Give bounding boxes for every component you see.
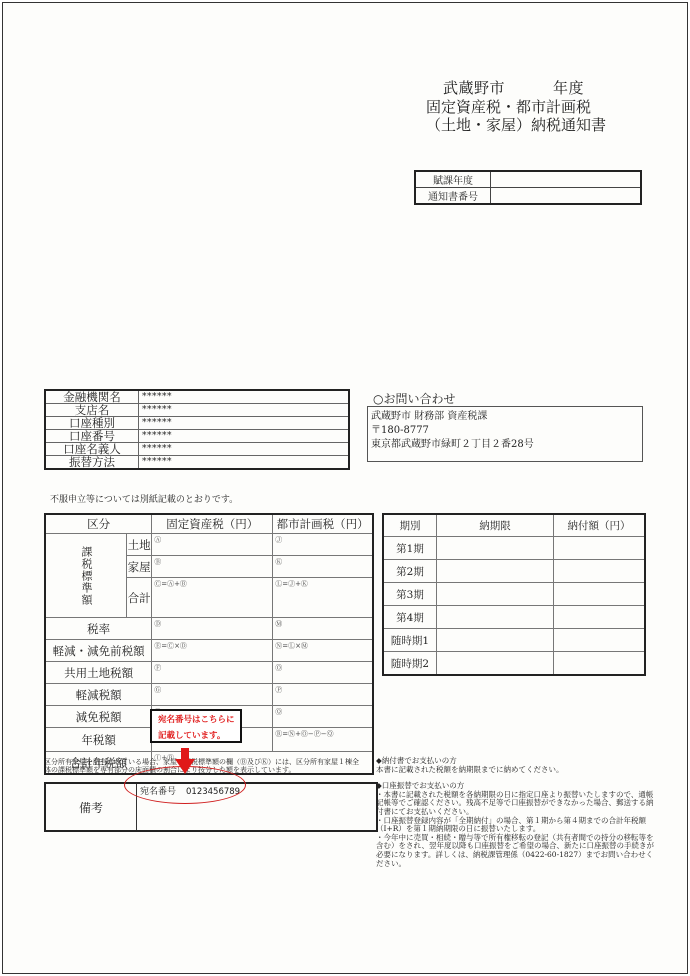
notice-city-year: 武蔵野市年度 bbox=[443, 77, 584, 98]
fixed-asset-cell: Ⓑ bbox=[152, 556, 273, 578]
due-cell bbox=[437, 537, 554, 560]
schedule-row: 第4期 bbox=[383, 606, 645, 629]
notice-number-label: 通知書番号 bbox=[415, 188, 491, 205]
tax-base-group-label: 課税標準額 bbox=[45, 534, 127, 618]
bank-label: 口座番号 bbox=[45, 430, 139, 443]
tax-row-pre-reduction: 軽減・減免前税額 Ⓔ=Ⓒ×Ⓓ Ⓝ=Ⓛ×Ⓜ bbox=[45, 640, 373, 662]
bank-label: 金融機関名 bbox=[45, 390, 139, 404]
schedule-row: 随時期2 bbox=[383, 652, 645, 676]
appeal-note: 不服申立等については別紙記載のとおりです。 bbox=[50, 492, 238, 505]
field-row-assessment-year: 賦課年度 bbox=[415, 171, 641, 188]
bank-label: 口座種別 bbox=[45, 417, 139, 430]
due-cell bbox=[437, 606, 554, 629]
row-label: 共用土地税額 bbox=[45, 662, 152, 684]
schedule-row: 随時期1 bbox=[383, 629, 645, 652]
notice-number-value bbox=[491, 188, 642, 205]
contact-title: ○お問い合わせ bbox=[373, 390, 455, 407]
bank-value: ****** bbox=[139, 443, 350, 456]
due-cell bbox=[437, 583, 554, 606]
assessment-year-value bbox=[491, 171, 642, 188]
tax-table-header: 区分 固定資産税（円） 都市計画税（円） bbox=[45, 514, 373, 534]
city-planning-cell: Ⓝ=Ⓛ×Ⓜ bbox=[273, 640, 373, 662]
schedule-row: 第2期 bbox=[383, 560, 645, 583]
bank-row: 口座番号****** bbox=[45, 430, 349, 443]
payment-instructions: ◆納付書でお支払いの方 本書に記載された税額を納期限までに納めてください。 ◆口… bbox=[376, 757, 654, 868]
amount-cell bbox=[554, 652, 646, 676]
fixed-asset-cell: Ⓕ bbox=[152, 662, 273, 684]
fixed-asset-cell: Ⓖ bbox=[152, 684, 273, 706]
annotation-callout: 宛名番号はこちらに 記載しています。 bbox=[150, 709, 242, 743]
callout-line-2: 記載しています。 bbox=[158, 728, 240, 744]
due-cell bbox=[437, 652, 554, 676]
tax-row-land: 課税標準額 土地 Ⓐ Ⓙ bbox=[45, 534, 373, 556]
amount-cell bbox=[554, 537, 646, 560]
row-label: 減免税額 bbox=[45, 706, 152, 728]
city-planning-cell: Ⓛ=Ⓙ+Ⓚ bbox=[273, 578, 373, 618]
amount-cell bbox=[554, 560, 646, 583]
bank-label: 振替方法 bbox=[45, 456, 139, 470]
city-planning-cell: Ⓠ bbox=[273, 706, 373, 728]
row-label: 税率 bbox=[45, 618, 152, 640]
row-label: 軽減・減免前税額 bbox=[45, 640, 152, 662]
bank-row: 口座名義人****** bbox=[45, 443, 349, 456]
bank-label: 支店名 bbox=[45, 404, 139, 417]
amount-cell bbox=[554, 606, 646, 629]
fixed-asset-cell: Ⓓ bbox=[152, 618, 273, 640]
city-planning-cell: Ⓡ=Ⓝ+Ⓞ−Ⓟ−Ⓠ bbox=[273, 728, 373, 752]
row-label: 家屋 bbox=[127, 556, 152, 578]
slip-payment-text: 本書に記載された税額を納期限までに納めてください。 bbox=[376, 766, 654, 775]
contact-box: 武蔵野市 財務部 資産税課 〒180-8777 東京都武蔵野市緑町２丁目２番28… bbox=[367, 406, 643, 462]
header-period: 期別 bbox=[383, 514, 437, 537]
bank-row: 支店名****** bbox=[45, 404, 349, 417]
period-cell: 第3期 bbox=[383, 583, 437, 606]
title-line-1: 固定資産税・都市計画税 bbox=[426, 98, 606, 116]
schedule-row: 第3期 bbox=[383, 583, 645, 606]
bank-row: 口座種別****** bbox=[45, 417, 349, 430]
bank-value: ****** bbox=[139, 456, 350, 470]
bank-label: 口座名義人 bbox=[45, 443, 139, 456]
period-cell: 随時期1 bbox=[383, 629, 437, 652]
field-row-notice-number: 通知書番号 bbox=[415, 188, 641, 205]
row-label: 土地 bbox=[127, 534, 152, 556]
transfer-item: ・口座振替登録内容が「全期納付」の場合、第１期から第４期までの合計年税額（I+R… bbox=[376, 817, 654, 834]
remarks-label: 備考 bbox=[46, 784, 137, 830]
bank-row: 金融機関名****** bbox=[45, 390, 349, 404]
bank-value: ****** bbox=[139, 417, 350, 430]
fixed-asset-cell: Ⓐ bbox=[152, 534, 273, 556]
bank-account-table: 金融機関名****** 支店名****** 口座種別****** 口座番号***… bbox=[44, 389, 350, 470]
row-label: 合計 bbox=[127, 578, 152, 618]
period-cell: 第1期 bbox=[383, 537, 437, 560]
tax-row-shared-land: 共用土地税額 Ⓕ Ⓞ bbox=[45, 662, 373, 684]
contact-address: 東京都武蔵野市緑町２丁目２番28号 bbox=[371, 437, 639, 453]
due-cell bbox=[437, 629, 554, 652]
payment-schedule-table: 期別 納期限 納付額（円） 第1期 第2期 第3期 第4期 随時期1 随時期2 bbox=[382, 513, 646, 676]
tax-row-reduction: 軽減税額 Ⓖ Ⓟ bbox=[45, 684, 373, 706]
city-name: 武蔵野市 bbox=[443, 79, 505, 97]
header-city-planning-tax: 都市計画税（円） bbox=[273, 514, 373, 534]
city-planning-cell: Ⓙ bbox=[273, 534, 373, 556]
contact-department: 武蔵野市 財務部 資産税課 bbox=[371, 409, 639, 425]
assessment-year-label: 賦課年度 bbox=[415, 171, 491, 188]
bank-value: ****** bbox=[139, 390, 350, 404]
city-planning-cell: Ⓞ bbox=[273, 662, 373, 684]
amount-cell bbox=[554, 629, 646, 652]
arrow-down-icon bbox=[175, 748, 195, 774]
title-line-2: （土地・家屋）納税通知書 bbox=[426, 116, 606, 134]
fiscal-year-label: 年度 bbox=[553, 79, 584, 97]
bank-value: ****** bbox=[139, 430, 350, 443]
row-label: 年税額 bbox=[45, 728, 152, 752]
schedule-row: 第1期 bbox=[383, 537, 645, 560]
notice-header-fields: 賦課年度 通知書番号 bbox=[414, 170, 642, 205]
due-cell bbox=[437, 560, 554, 583]
city-planning-cell: Ⓟ bbox=[273, 684, 373, 706]
callout-line-1: 宛名番号はこちらに bbox=[158, 712, 240, 728]
transfer-item: ・今年中に売買・相続・贈与等で所有権移転の登記（共有者間での持分の移転等を含む）… bbox=[376, 834, 654, 868]
notice-title: 固定資産税・都市計画税 （土地・家屋）納税通知書 bbox=[426, 98, 606, 134]
header-fixed-asset-tax: 固定資産税（円） bbox=[152, 514, 273, 534]
header-amount: 納付額（円） bbox=[554, 514, 646, 537]
header-due-date: 納期限 bbox=[437, 514, 554, 537]
fixed-asset-cell: Ⓔ=Ⓒ×Ⓓ bbox=[152, 640, 273, 662]
row-label: 軽減税額 bbox=[45, 684, 152, 706]
bank-row: 振替方法****** bbox=[45, 456, 349, 470]
tax-row-rate: 税率 Ⓓ Ⓜ bbox=[45, 618, 373, 640]
transfer-item: ・本書に記載された税額を各納期限の日に指定口座より振替いたしますので、通帳記帳等… bbox=[376, 791, 654, 817]
period-cell: 随時期2 bbox=[383, 652, 437, 676]
city-planning-cell: Ⓚ bbox=[273, 556, 373, 578]
period-cell: 第2期 bbox=[383, 560, 437, 583]
fixed-asset-cell: Ⓒ=Ⓐ+Ⓑ bbox=[152, 578, 273, 618]
amount-cell bbox=[554, 583, 646, 606]
city-planning-cell: Ⓜ bbox=[273, 618, 373, 640]
contact-postal-code: 〒180-8777 bbox=[371, 425, 639, 437]
period-cell: 第4期 bbox=[383, 606, 437, 629]
schedule-header: 期別 納期限 納付額（円） bbox=[383, 514, 645, 537]
header-category: 区分 bbox=[45, 514, 152, 534]
bank-value: ****** bbox=[139, 404, 350, 417]
